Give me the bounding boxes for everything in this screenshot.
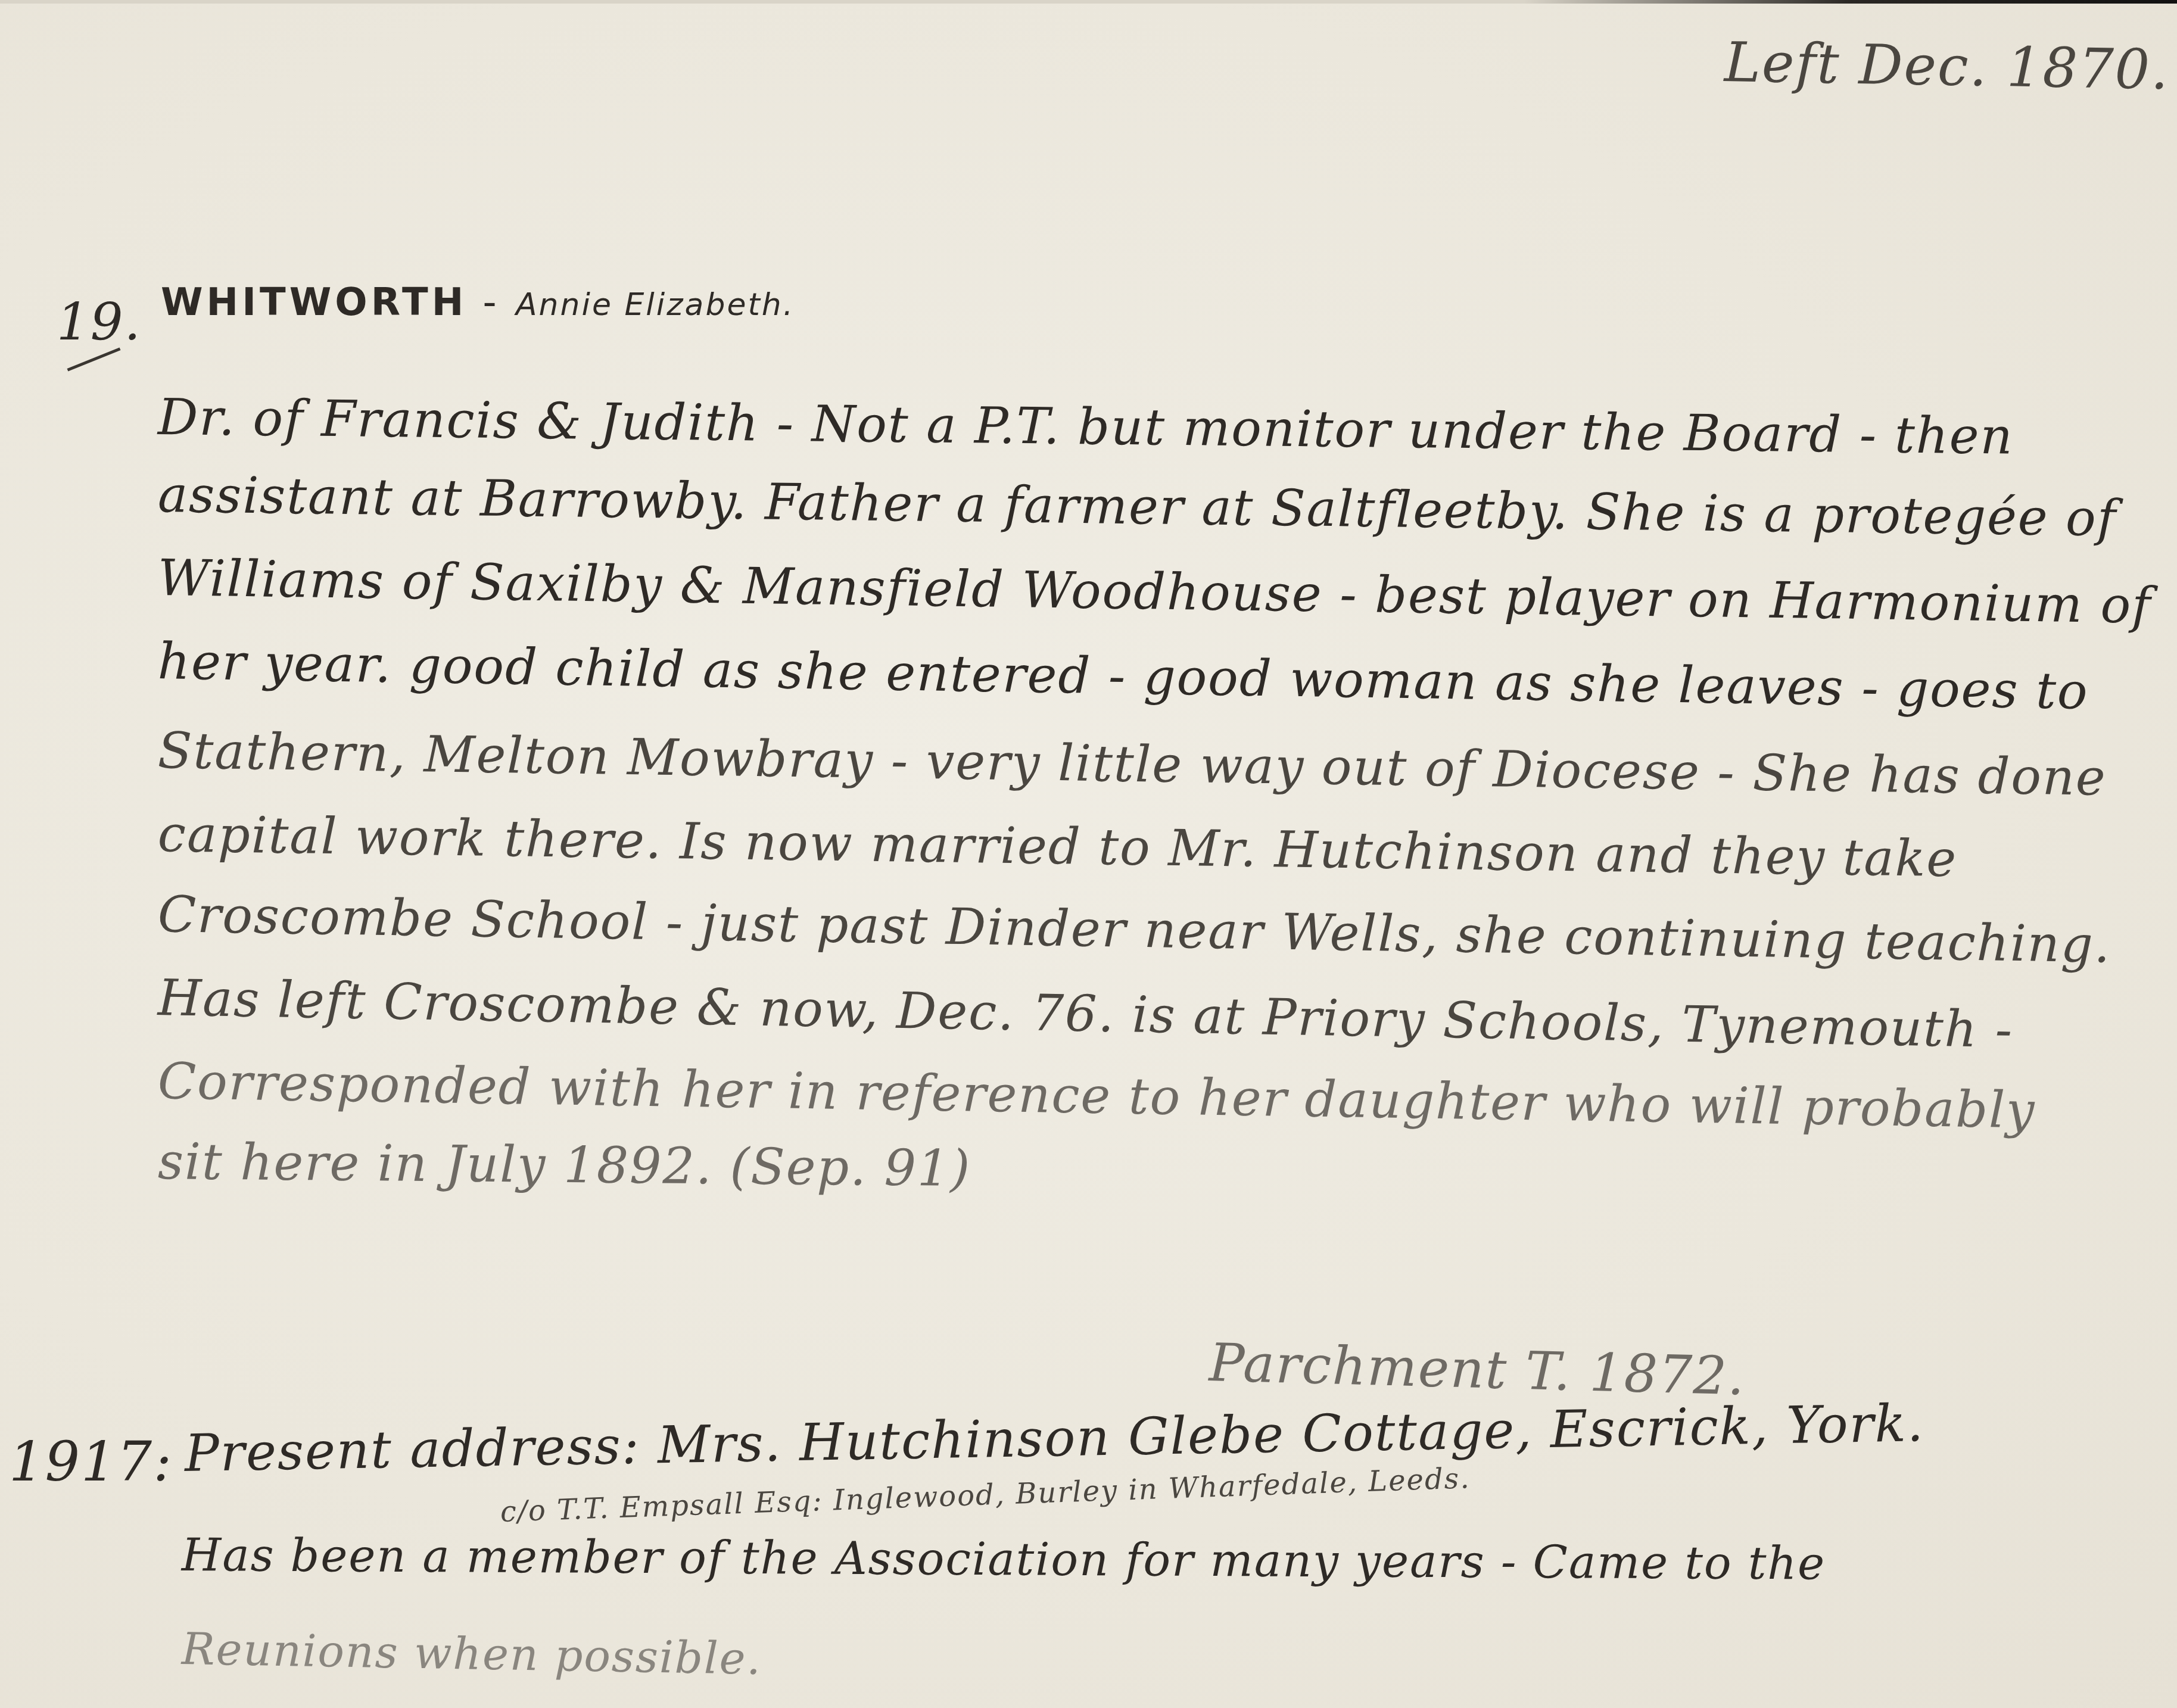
body-line: Dr. of Francis & Judith - Not a P.T. but… xyxy=(157,388,2014,466)
parchment-note: Parchment T. 1872. xyxy=(1209,1332,1746,1407)
entry-number: 19. xyxy=(57,292,142,352)
entry-surname: WHITWORTH xyxy=(161,280,467,325)
present-address: Present address: Mrs. Hutchinson Glebe C… xyxy=(184,1394,1925,1483)
body-line: Stathern, Melton Mowbray - very little w… xyxy=(157,721,2107,807)
body-line: Corresponded with her in reference to he… xyxy=(157,1052,2036,1140)
entry-heading: WHITWORTH - Annie Elizabeth. xyxy=(161,280,795,325)
entry-separator: - xyxy=(467,280,516,325)
body-line: Williams of Saxilby & Mansfield Woodhous… xyxy=(157,548,2152,635)
membership-note: Has been a member of the Association for… xyxy=(182,1528,1826,1589)
body-line: Croscombe School - just past Dinder near… xyxy=(157,885,2111,974)
body-line: her year. good child as she entered - go… xyxy=(157,632,2089,721)
reunion-note: Reunions when possible. xyxy=(181,1623,762,1685)
body-line: sit here in July 1892. (Sep. 91) xyxy=(158,1132,971,1198)
body-line: assistant at Barrowby. Father a farmer a… xyxy=(157,465,2117,547)
later-note-year: 1917: xyxy=(9,1430,173,1494)
manuscript-page: Left Dec. 1870. 19. WHITWORTH - Annie El… xyxy=(0,4,2177,1708)
entry-given-names: Annie Elizabeth. xyxy=(516,287,795,323)
body-line: capital work there. Is now married to Mr… xyxy=(157,805,1958,888)
departure-note: Left Dec. 1870. xyxy=(1724,30,2170,102)
body-line: Has left Croscombe & now, Dec. 76. is at… xyxy=(157,968,2014,1059)
